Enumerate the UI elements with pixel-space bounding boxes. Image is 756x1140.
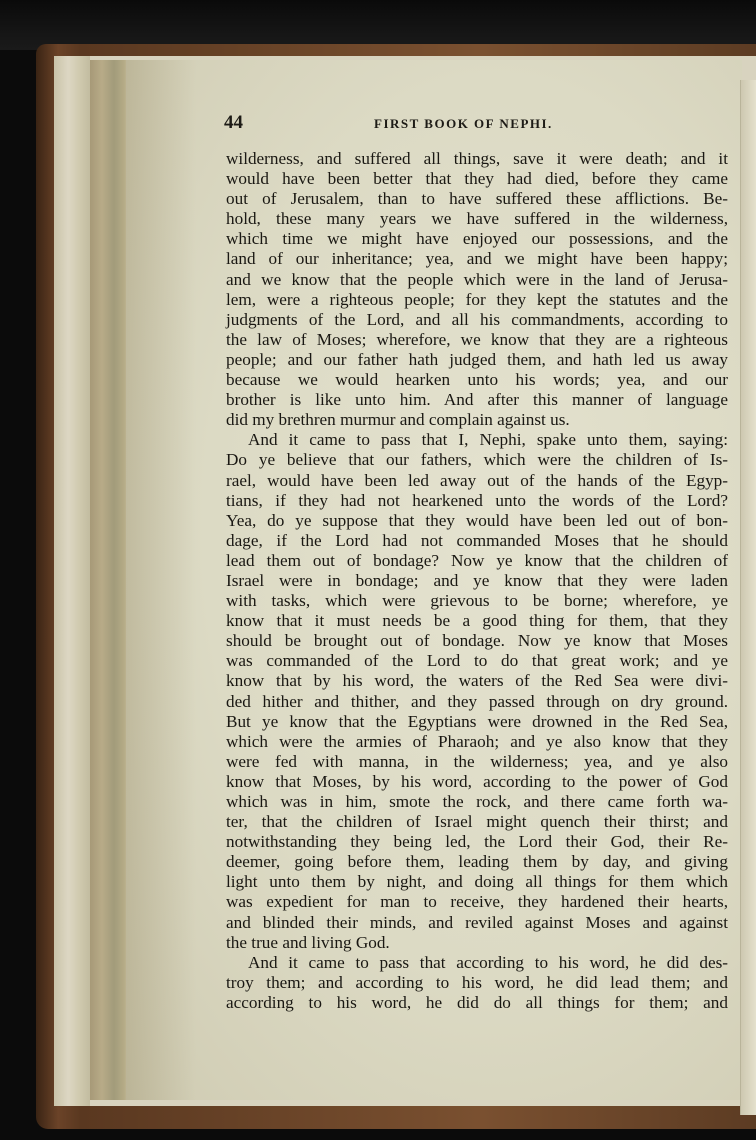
text-line: did my brethren murmur and complain agai… — [226, 410, 728, 430]
text-line: lem, were a righteous people; for they k… — [226, 290, 728, 310]
text-line: people; and our father hath judged them,… — [226, 350, 728, 370]
running-title: FIRST BOOK OF NEPHI. — [374, 116, 553, 132]
text-line: was commanded of the Lord to do that gre… — [226, 651, 728, 671]
text-line: which were the armies of Pharaoh; and ye… — [226, 732, 728, 752]
text-line: and we know that the people which were i… — [226, 270, 728, 290]
text-line: But ye know that the Egyptians were drow… — [226, 712, 728, 732]
text-line: because we would hearken unto his words;… — [226, 370, 728, 390]
text-line: judgments of the Lord, and all his comma… — [226, 310, 728, 330]
text-line: hold, these many years we have suffered … — [226, 209, 728, 229]
gutter-edges — [90, 60, 130, 1100]
paragraph: And it came to pass that according to hi… — [226, 953, 728, 1013]
text-line: wilderness, and suffered all things, sav… — [226, 149, 728, 169]
text-line: And it came to pass that I, Nephi, spake… — [226, 430, 728, 450]
text-line: the law of Moses; wherefore, we know tha… — [226, 330, 728, 350]
text-line: rael, would have been led away out of th… — [226, 471, 728, 491]
text-line: with tasks, which were grievous to be bo… — [226, 591, 728, 611]
page-edges — [54, 56, 90, 1106]
text-line: land of our inheritance; yea, and we mig… — [226, 249, 728, 269]
text-line: out of Jerusalem, than to have suffered … — [226, 189, 728, 209]
running-header: 44 FIRST BOOK OF NEPHI. — [224, 112, 734, 134]
text-line: know that by his word, the waters of the… — [226, 671, 728, 691]
text-line: Yea, do ye suppose that they would have … — [226, 511, 728, 531]
text-line: according to his word, he did do all thi… — [226, 993, 728, 1013]
text-line: dage, if the Lord had not commanded Mose… — [226, 531, 728, 551]
text-line: know that Moses, by his word, according … — [226, 772, 728, 792]
text-line: notwithstanding they being led, the Lord… — [226, 832, 728, 852]
text-line: should be brought out of bondage. Now ye… — [226, 631, 728, 651]
body-text: wilderness, and suffered all things, sav… — [226, 149, 728, 1013]
text-line: was expedient for man to receive, they h… — [226, 892, 728, 912]
paragraph: And it came to pass that I, Nephi, spake… — [226, 430, 728, 952]
text-line: which time we might have enjoyed our pos… — [226, 229, 728, 249]
gutter-shadow — [126, 60, 196, 1100]
text-line: know that it must needs be a good thing … — [226, 611, 728, 631]
page-number: 44 — [224, 112, 243, 134]
text-line: ded hither and thither, and they passed … — [226, 692, 728, 712]
text-line: ter, that the children of Israel might q… — [226, 812, 728, 832]
paragraph: wilderness, and suffered all things, sav… — [226, 149, 728, 430]
next-leaf-edge — [740, 80, 756, 1115]
text-line: tians, if they had not hearkened unto th… — [226, 491, 728, 511]
text-line: light unto them by night, and doing all … — [226, 872, 728, 892]
text-line: deemer, going before them, leading them … — [226, 852, 728, 872]
scan-background — [0, 0, 756, 50]
text-line: were fed with manna, in the wilderness; … — [226, 752, 728, 772]
text-line: lead them out of bondage? Now ye know th… — [226, 551, 728, 571]
text-line: And it came to pass that according to hi… — [226, 953, 728, 973]
text-line: Do ye believe that our fathers, which we… — [226, 450, 728, 470]
text-line: the true and living God. — [226, 933, 728, 953]
text-line: and blinded their minds, and reviled aga… — [226, 913, 728, 933]
text-line: Israel were in bondage; and ye know that… — [226, 571, 728, 591]
text-line: which was in him, smote the rock, and th… — [226, 792, 728, 812]
text-line: brother is like unto him. And after this… — [226, 390, 728, 410]
text-line: troy them; and according to his word, he… — [226, 973, 728, 993]
text-line: would have been better that they had die… — [226, 169, 728, 189]
